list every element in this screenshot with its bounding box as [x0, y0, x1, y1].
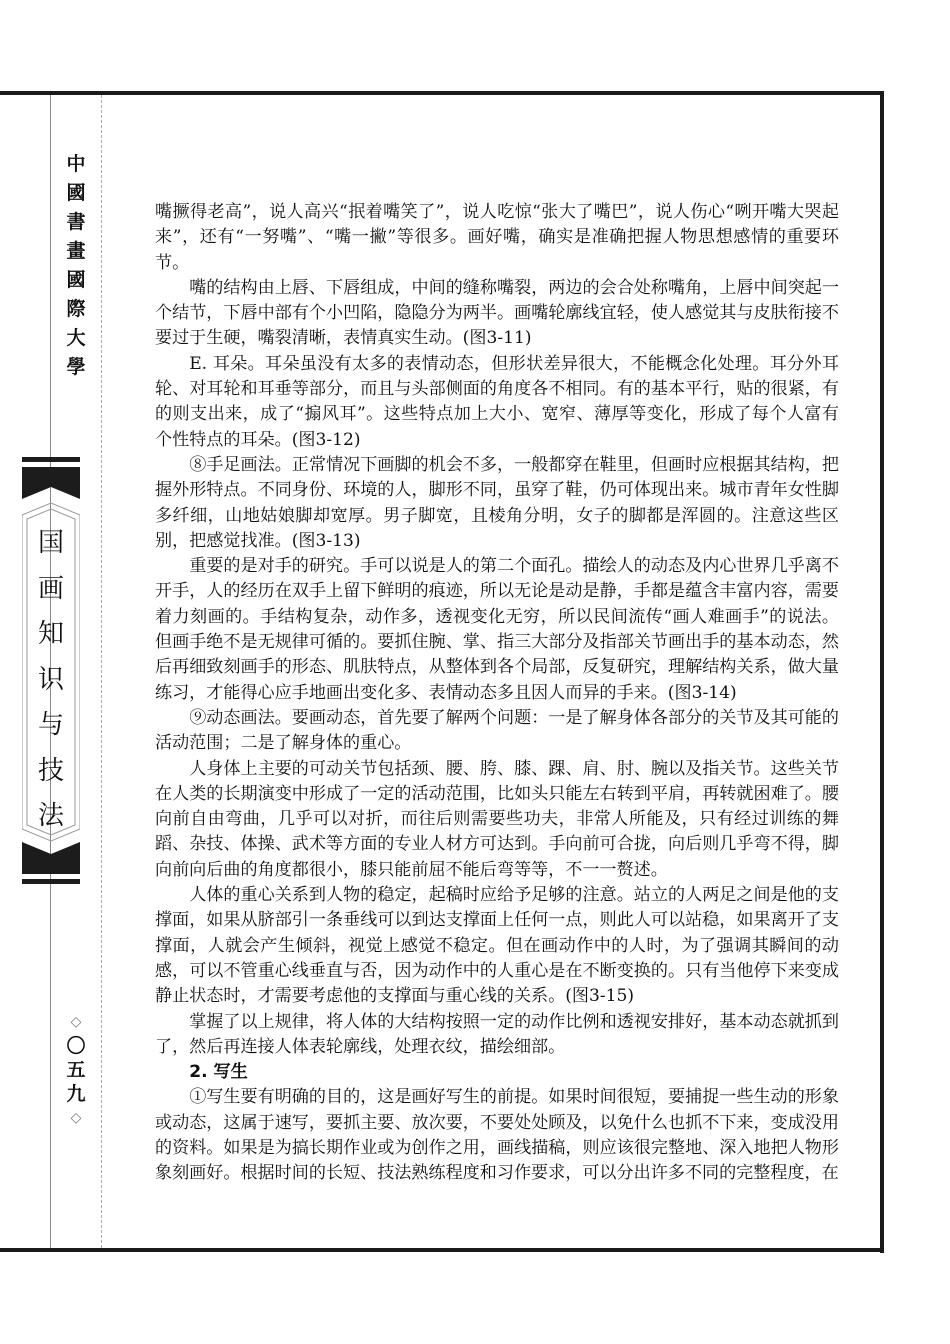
paragraph: ①写生要有明确的目的，这是画好写生的前提。如果时间很短，要捕捉一些生动的形象或动… — [155, 1085, 839, 1186]
diamond-ornament-icon: ◇ — [62, 1010, 90, 1034]
paragraph: 掌握了以上规律，将人体的大结构按照一定的动作比例和透视安排好，基本动态就抓到了，… — [155, 1010, 839, 1061]
school-name-char: 國 — [62, 266, 90, 295]
body-text: 嘴撅得老高”，说人高兴“抿着嘴笑了”，说人吃惊“张大了嘴巴”，说人伤心“咧开嘴大… — [155, 200, 839, 1187]
school-name-char: 大 — [62, 324, 90, 353]
paragraph: 人体的重心关系到人物的稳定，起稿时应给予足够的注意。站立的人两足之间是他的支撑面… — [155, 883, 839, 1009]
book-title-char: 识 — [36, 658, 66, 704]
book-title-char: 技 — [36, 749, 66, 795]
book-title-char: 画 — [36, 567, 66, 613]
page-frame-right-border — [880, 91, 884, 1253]
school-name-char: 際 — [62, 295, 90, 324]
school-name-char: 學 — [62, 353, 90, 382]
book-title-char: 知 — [36, 612, 66, 658]
book-title-char: 国 — [36, 521, 66, 567]
book-title-char: 与 — [36, 703, 66, 749]
page-frame-top-border — [0, 91, 884, 95]
school-name-char: 畫 — [62, 237, 90, 266]
sidebar-inner-rule — [101, 95, 102, 1248]
page-number-digit: 〇 — [62, 1034, 90, 1058]
paragraph: 嘴撅得老高”，说人高兴“抿着嘴笑了”，说人吃惊“张大了嘴巴”，说人伤心“咧开嘴大… — [155, 200, 839, 276]
sidebar-book-title: 国 画 知 识 与 技 法 — [36, 521, 66, 840]
paragraph: ⑨动态画法。要画动态，首先要了解两个问题：一是了解身体各部分的关节及其可能的活动… — [155, 706, 839, 757]
section-heading: 2. 写生 — [155, 1060, 839, 1085]
banner-bottom-chevron-icon — [22, 842, 80, 874]
banner-top-bar — [22, 457, 80, 462]
school-name-char: 中 — [62, 150, 90, 179]
school-name-char: 國 — [62, 179, 90, 208]
page-number-digit: 五 — [62, 1058, 90, 1082]
paragraph: 重要的是对手的研究。手可以说是人的第二个面孔。描绘人的动态及内心世界几乎离不开手… — [155, 554, 839, 706]
paragraph: 人身体上主要的可动关节包括颈、腰、胯、膝、踝、肩、肘、腕以及指关节。这些关节在人… — [155, 757, 839, 883]
sidebar-school-name: 中 國 書 畫 國 際 大 學 — [62, 150, 90, 382]
book-title-char: 法 — [36, 794, 66, 840]
page-number: ◇ 〇 五 九 ◇ — [62, 1010, 90, 1130]
school-name-char: 書 — [62, 208, 90, 237]
banner-bottom-bar — [22, 879, 80, 884]
paragraph: E. 耳朵。耳朵虽没有太多的表情动态，但形状差异很大，不能概念化处理。耳分外耳轮… — [155, 352, 839, 453]
paragraph: ⑧手足画法。正常情况下画脚的机会不多，一般都穿在鞋里，但画时应根据其结构，把握外… — [155, 453, 839, 554]
diamond-ornament-icon: ◇ — [62, 1106, 90, 1130]
page-number-digit: 九 — [62, 1082, 90, 1106]
page-frame-bottom-border — [0, 1248, 884, 1252]
paragraph: 嘴的结构由上唇、下唇组成，中间的缝称嘴裂，两边的会合处称嘴角，上唇中间突起一个结… — [155, 276, 839, 352]
